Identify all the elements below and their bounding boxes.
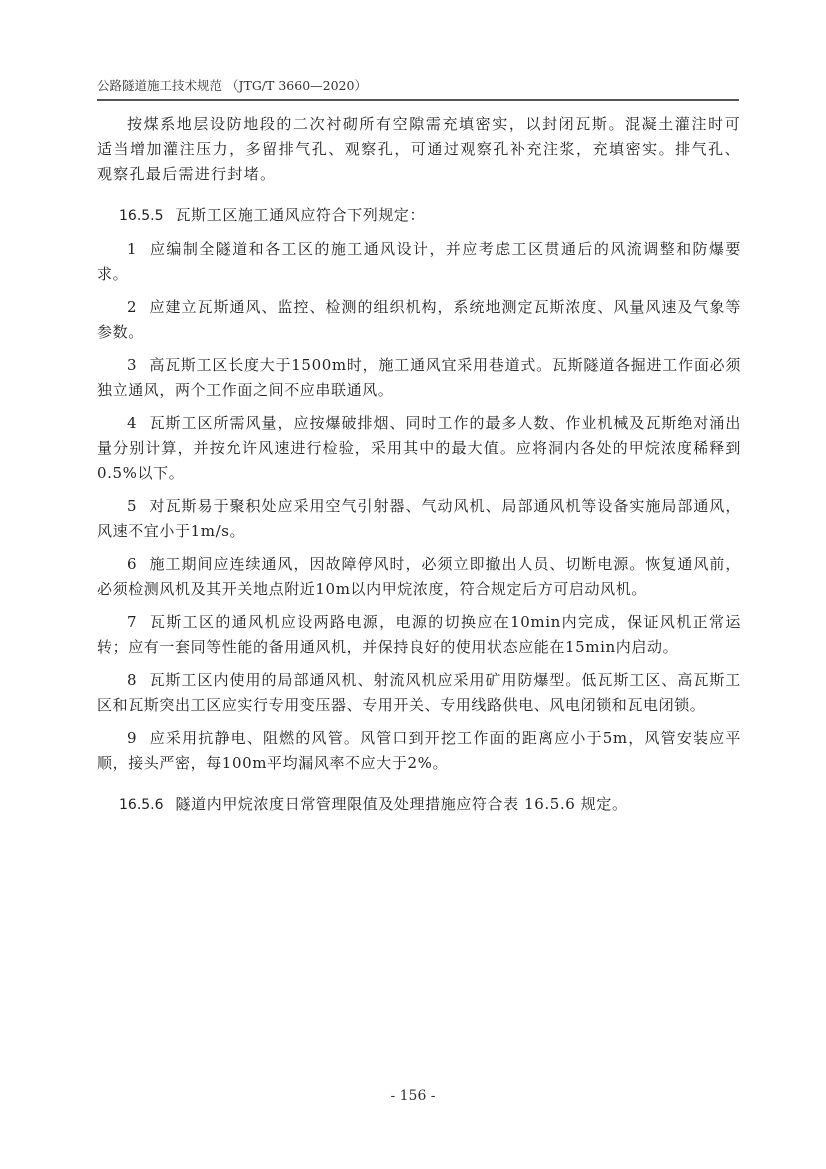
section-title: 隧道内甲烷浓度日常管理限值及处理措施应符合表 16.5.6 规定。 — [176, 795, 628, 813]
clause-number: 2 — [127, 298, 137, 316]
clause-number: 1 — [127, 240, 137, 258]
page-number: - 156 - — [0, 1088, 826, 1104]
document-title: 公路隧道施工技术规范 （JTG/T 3660—2020） — [97, 78, 367, 93]
clause-text: 对瓦斯易于聚积处应采用空气引射器、气动风机、局部通风机等设备实施局部通风，风速不… — [97, 497, 741, 540]
clause-number: 6 — [127, 555, 137, 573]
clause-number: 8 — [127, 671, 137, 689]
clause-item-3: 3高瓦斯工区长度大于1500m时，施工通风宜采用巷道式。瓦斯隧道各掘进工作面必须… — [97, 353, 741, 403]
clause-text: 瓦斯工区的通风机应设两路电源，电源的切换应在10min内完成，保证风机正常运转；… — [97, 613, 741, 656]
section-number: 16.5.5 — [119, 208, 164, 224]
running-header: 公路隧道施工技术规范 （JTG/T 3660—2020） — [97, 77, 739, 101]
section-heading-16-5-5: 16.5.5瓦斯工区施工通风应符合下列规定： — [97, 203, 741, 229]
clause-text: 施工期间应连续通风，因故障停风时，必须立即撤出人员、切断电源。恢复通风前，必须检… — [97, 555, 741, 598]
clause-item-8: 8瓦斯工区内使用的局部通风机、射流风机应采用矿用防爆型。低瓦斯工区、高瓦斯工区和… — [97, 668, 741, 718]
clause-text: 应建立瓦斯通风、监控、检测的组织机构，系统地测定瓦斯浓度、风量风速及气象等参数。 — [97, 298, 741, 341]
clause-item-6: 6施工期间应连续通风，因故障停风时，必须立即撤出人员、切断电源。恢复通风前，必须… — [97, 552, 741, 602]
clause-text: 瓦斯工区所需风量，应按爆破排烟、同时工作的最多人数、作业机械及瓦斯绝对涌出量分别… — [97, 414, 741, 482]
clause-number: 4 — [127, 414, 137, 432]
clause-text: 瓦斯工区内使用的局部通风机、射流风机应采用矿用防爆型。低瓦斯工区、高瓦斯工区和瓦… — [97, 671, 741, 714]
clause-number: 9 — [127, 729, 137, 747]
clause-text: 应采用抗静电、阻燃的风管。风管口到开挖工作面的距离应小于5m，风管安装应平顺，接… — [97, 729, 741, 772]
clause-number: 5 — [127, 497, 137, 515]
clause-item-9: 9应采用抗静电、阻燃的风管。风管口到开挖工作面的距离应小于5m，风管安装应平顺，… — [97, 726, 741, 776]
clause-text: 高瓦斯工区长度大于1500m时，施工通风宜采用巷道式。瓦斯隧道各掘进工作面必须独… — [97, 356, 741, 399]
intro-paragraph: 按煤系地层设防地段的二次衬砌所有空隙需充填密实，以封闭瓦斯。混凝土灌注时可适当增… — [97, 112, 741, 187]
section-number: 16.5.6 — [119, 797, 164, 813]
section-title: 瓦斯工区施工通风应符合下列规定： — [176, 206, 426, 224]
clause-number: 7 — [127, 613, 137, 631]
clause-item-4: 4瓦斯工区所需风量，应按爆破排烟、同时工作的最多人数、作业机械及瓦斯绝对涌出量分… — [97, 411, 741, 486]
clause-item-5: 5对瓦斯易于聚积处应采用空气引射器、气动风机、局部通风机等设备实施局部通风，风速… — [97, 494, 741, 544]
clause-number: 3 — [127, 356, 137, 374]
section-heading-16-5-6: 16.5.6隧道内甲烷浓度日常管理限值及处理措施应符合表 16.5.6 规定。 — [97, 792, 741, 818]
clause-item-2: 2应建立瓦斯通风、监控、检测的组织机构，系统地测定瓦斯浓度、风量风速及气象等参数… — [97, 295, 741, 345]
clause-item-1: 1应编制全隧道和各工区的施工通风设计，并应考虑工区贯通后的风流调整和防爆要求。 — [97, 237, 741, 287]
page-body: 按煤系地层设防地段的二次衬砌所有空隙需充填密实，以封闭瓦斯。混凝土灌注时可适当增… — [97, 112, 741, 826]
clause-item-7: 7瓦斯工区的通风机应设两路电源，电源的切换应在10min内完成，保证风机正常运转… — [97, 610, 741, 660]
clause-text: 应编制全隧道和各工区的施工通风设计，并应考虑工区贯通后的风流调整和防爆要求。 — [97, 240, 741, 283]
